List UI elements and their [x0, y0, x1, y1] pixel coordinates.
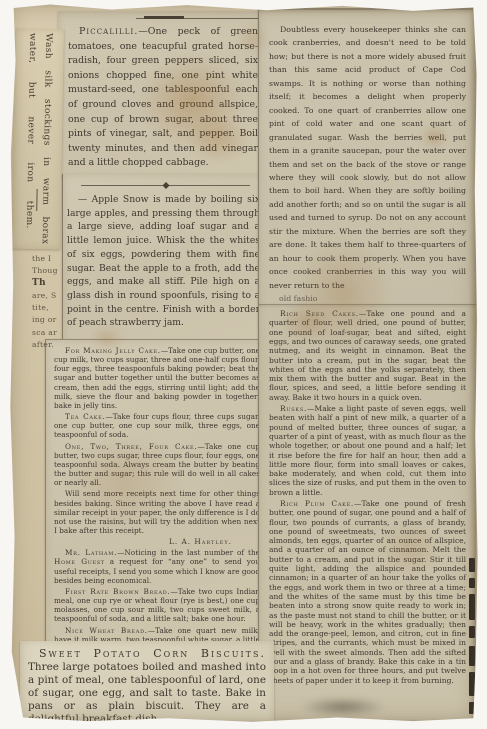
recipe-text: — Apple Snow is made by boiling six larg… — [67, 194, 260, 328]
recipe-title: Sweet Potato Corn Biscuits. — [39, 647, 266, 660]
text-fragment: sca ar — [32, 327, 68, 339]
diamond-ornament — [162, 182, 169, 189]
clipping-margin-strip: Wash silk stockings in warm borax water,… — [12, 29, 64, 250]
recipe-text: —Make a light paste of seven eggs, well … — [269, 404, 466, 497]
binding-mark — [469, 578, 475, 588]
letter-note: Will send more receipts next time for ot… — [54, 489, 260, 535]
text-fragment: after. — [32, 339, 68, 351]
cutoff-line: old fashio — [269, 294, 466, 302]
recipe-title: For Making Jelly Cake. — [65, 346, 161, 355]
recipe-text: —One peck of green tomatoes, one teacupf… — [68, 26, 258, 168]
scrapbook-page: ing t v bl st Amou of th the I Thoug Th … — [8, 3, 479, 724]
clipping-right-column: Doubtless every housekeeper thinks she c… — [258, 8, 476, 723]
clipping-piccalilli: Piccalilli.—One peck of green tomatoes, … — [58, 11, 266, 178]
recipe-rusks: Rusks.—Make a light paste of seven eggs,… — [269, 404, 466, 497]
recipe-tea-cake: Tea Cake.—Take four cups flour, three cu… — [54, 412, 260, 439]
text-fragment: are, S — [32, 290, 68, 302]
recipe-brown-bread: First Rate Brown Bread.—Take two cups In… — [54, 587, 260, 624]
recipe-text: —Take one pound of fresh butter, one pou… — [269, 499, 466, 685]
rotated-household-hint: Wash silk stockings in warm borax water,… — [22, 33, 55, 245]
clipping-sweet-potato-biscuits: Sweet Potato Corn Biscuits. Three large … — [20, 641, 274, 724]
recipe-text: —Take one pound and a quarter of flour, … — [269, 309, 466, 402]
recipe-one-two-three-four-cake: One, Two, Three, Four Cake.—Take one cup… — [54, 442, 260, 488]
recipe-rich-plum-cake: Rich Plum Cake.—Take one pound of fresh … — [269, 499, 466, 685]
letter-latham: Mr. Latham.—Noticing in the last number … — [54, 548, 260, 585]
letter-text: Will send more receipts next time for ot… — [54, 489, 260, 535]
signature: L. A. Hartley. — [54, 537, 260, 546]
binding-mark — [469, 646, 475, 666]
recipe-title: One, Two, Three, Four Cake. — [65, 442, 197, 451]
recipe-text: —Take one cup butter, one cup milk, two … — [54, 346, 260, 410]
text-fragment: Thoug — [32, 265, 68, 277]
binding-mark — [469, 626, 475, 638]
printed-rule-dash — [144, 16, 184, 19]
letter-text: —Noticing in the last number of the — [117, 548, 260, 557]
hint-line: water, but never iron them. — [22, 33, 39, 245]
recipe-title: Piccalilli. — [79, 26, 138, 37]
paste-seam — [259, 304, 476, 305]
recipe-rich-seed-cakes: Rich Seed Cakes.—Take one pound and a qu… — [269, 309, 466, 402]
recipe-title: Rusks. — [280, 404, 307, 413]
article-text: Doubtless every housekeeper thinks she c… — [269, 25, 466, 290]
recipe-sweet-potato-biscuits: Sweet Potato Corn Biscuits. Three large … — [28, 648, 266, 725]
clipping-cake-receipts: For Making Jelly Cake.—Take one cup butt… — [45, 339, 266, 653]
recipe-apple-snow: — Apple Snow is made by boiling six larg… — [67, 193, 260, 330]
letter-title: Mr. Latham. — [65, 548, 117, 557]
clipping-apple-snow: — Apple Snow is made by boiling six larg… — [62, 174, 266, 347]
binding-mark — [469, 702, 475, 714]
binding-mark — [469, 558, 475, 572]
recipe-title: Tea Cake. — [65, 412, 105, 421]
binding-mark — [469, 594, 475, 620]
text-fragment: ing or — [32, 314, 68, 326]
recipe-title: Rich Plum Cake. — [280, 499, 354, 508]
divider-rule — [81, 185, 250, 186]
text-fragment: Th — [32, 277, 68, 289]
text-fragment: the I — [32, 253, 68, 265]
recipe-title: First Rate Brown Bread. — [65, 587, 170, 596]
recipe-jelly-cake: For Making Jelly Cake.—Take one cup butt… — [54, 346, 260, 410]
publication-name: Home Guest — [54, 557, 105, 566]
binding-mark — [469, 672, 475, 696]
recipe-text: Three large potatoes boiled and mashed i… — [28, 661, 266, 725]
recipe-piccalilli: Piccalilli.—One peck of green tomatoes, … — [68, 25, 258, 171]
hint-line: Wash silk stockings in warm borax — [38, 33, 55, 245]
recipe-title: Rich Seed Cakes. — [280, 309, 359, 318]
recipe-title: Nice Wheat Bread. — [65, 626, 148, 635]
text-fragment: tite, — [32, 302, 68, 314]
article-cranberries: Doubtless every housekeeper thinks she c… — [269, 23, 466, 292]
